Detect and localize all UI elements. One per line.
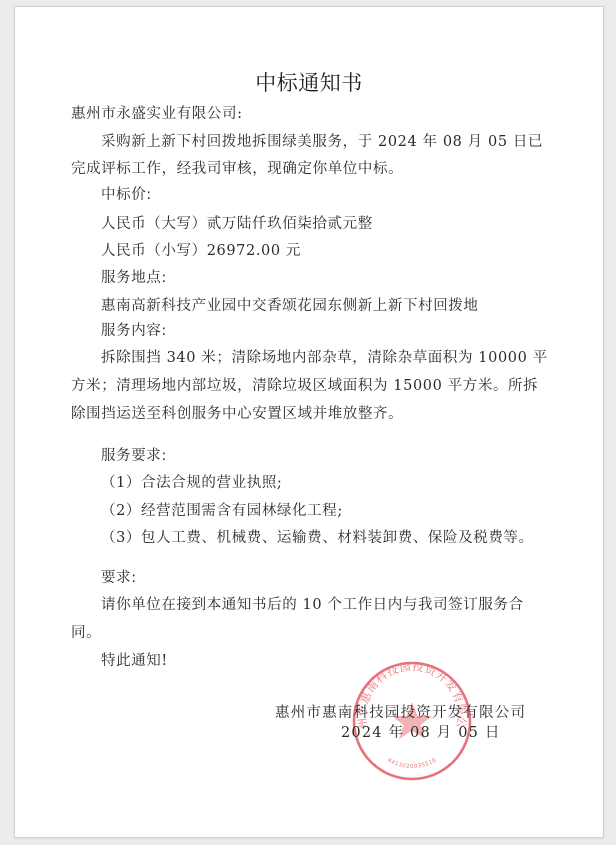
service-content-heading: 服务内容: [101,321,167,341]
requirement-item: （3）包人工费、机械费、运输费、材料装卸费、保险及税费等。 [101,528,534,548]
service-location-value: 惠南高新科技产业园中交香颂花园东侧新上新下村回拨地 [101,296,479,316]
recipient: 惠州市永盛实业有限公司: [71,104,243,124]
bid-price-uppercase: 人民币（大写）贰万陆仟玖佰柒拾贰元整 [101,214,373,234]
intro-line-2: 完成评标工作，经我司审核，现确定你单位中标。 [71,159,403,179]
requirement-item: （2）经营范围需含有园林绿化工程; [101,501,343,521]
svg-text:4413020035510: 4413020035510 [386,757,437,770]
service-content-line-1: 拆除围挡 340 米；清除场地内部杂草，清除杂草面积为 10000 平 [101,348,548,368]
seal-code: 4413020035510 [386,757,437,770]
bid-price-heading: 中标价: [101,185,152,205]
signature-company: 惠州市惠南科技园投资开发有限公司 [275,703,526,723]
requirements-heading: 要求: [101,568,137,588]
service-requirements-heading: 服务要求: [101,446,167,466]
service-content-line-2: 方米；清理场地内部垃圾，清除垃圾区域面积为 15000 平方米。所拆 [71,376,538,396]
service-content-line-3: 除围挡运送至科创服务中心安置区域并堆放整齐。 [71,404,403,424]
document-title: 中标通知书 [15,69,603,97]
signature-date: 2024 年 08 月 05 日 [341,723,501,743]
requirements-line-2: 同。 [71,623,101,643]
requirements-line-1: 请你单位在接到本通知书后的 10 个工作日内与我司签订服务合 [101,595,524,615]
closing-text: 特此通知! [101,651,168,671]
document-page: 中标通知书 惠州市永盛实业有限公司: 采购新上新下村回拨地拆围绿美服务，于 20… [14,6,604,838]
bid-price-lowercase: 人民币（小写）26972.00 元 [101,241,301,261]
requirement-item: （1）合法合规的营业执照; [101,473,282,493]
intro-line-1: 采购新上新下村回拨地拆围绿美服务，于 2024 年 08 月 05 日已 [101,132,543,152]
service-location-heading: 服务地点: [101,268,167,288]
